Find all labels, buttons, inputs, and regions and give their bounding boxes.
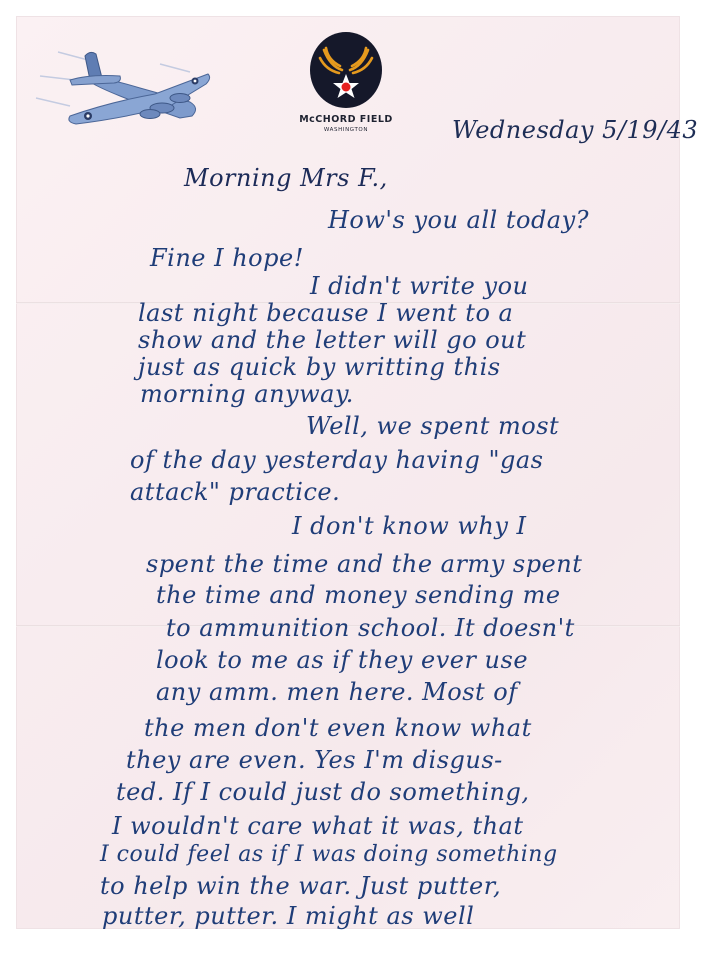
letter-line: show and the letter will go out <box>138 326 526 354</box>
bomber-airplane-icon <box>30 36 220 131</box>
letter-line: attack" practice. <box>130 478 340 506</box>
letter-line: they are even. Yes I'm disgus- <box>126 746 503 774</box>
letter-line: to help win the war. Just putter, <box>100 872 501 900</box>
letter-line: I wouldn't care what it was, that <box>112 812 524 840</box>
letter-line: I don't know why I <box>292 512 527 540</box>
letter-line: I could feel as if I was doing something <box>100 842 558 867</box>
letter-line: last night because I went to a <box>138 299 513 327</box>
letter-line: ted. If I could just do something, <box>116 778 529 806</box>
letter-line: look to me as if they ever use <box>156 646 528 674</box>
letter-line: any amm. men here. Most of <box>156 678 518 706</box>
letter-line: putter, putter. I might as well <box>102 902 474 930</box>
army-air-forces-emblem-icon <box>306 30 386 110</box>
letter-line: just as quick by writting this <box>138 353 501 381</box>
letter-date: Wednesday 5/19/43 <box>452 116 698 144</box>
letter-line: to ammunition school. It doesn't <box>166 614 575 642</box>
letter-line: How's you all today? <box>328 206 589 234</box>
letter-line: Well, we spent most <box>306 412 559 440</box>
letter-line: I didn't write you <box>310 272 528 300</box>
letterhead-field-name: McCHORD FIELD <box>286 114 406 125</box>
letterhead-location: WASHINGTON <box>286 127 406 133</box>
letter-line: Fine I hope! <box>150 244 304 272</box>
letter-line: the men don't even know what <box>144 714 532 742</box>
letter-line: the time and money sending me <box>156 581 561 609</box>
letter-paper: McCHORD FIELD WASHINGTON Wednesday 5/19/… <box>16 16 680 929</box>
letter-greeting: Morning Mrs F., <box>184 164 388 192</box>
letter-line: spent the time and the army spent <box>146 550 582 578</box>
letter-line: morning anyway. <box>140 380 354 408</box>
letter-line: of the day yesterday having "gas <box>130 446 544 474</box>
